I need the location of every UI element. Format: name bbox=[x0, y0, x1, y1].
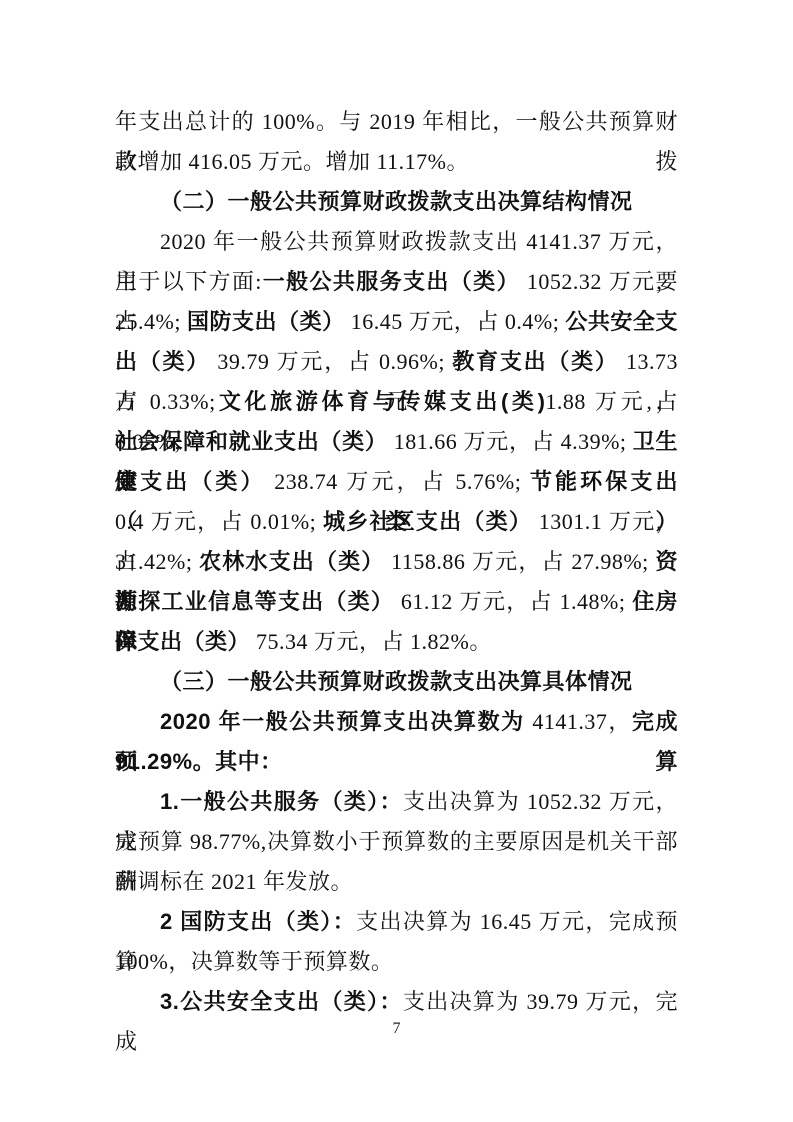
text-line: 31.42%; 农林水支出（类） 1158.86 万元，占 27.98%; 资源 bbox=[115, 542, 678, 582]
bold-text-run: 一般公共服务支出（类） bbox=[262, 269, 520, 294]
bold-text-run: 91.29%。其中： bbox=[115, 749, 283, 774]
text-run: 75.34 万元，占 1.82%。 bbox=[250, 629, 492, 654]
text-run: 酬调标在 2021 年发放。 bbox=[115, 869, 353, 894]
bold-text-run: 勘探工业信息等支出（类） bbox=[115, 589, 394, 614]
bold-text-run: 康支出（类） bbox=[115, 469, 266, 494]
text-line: 100%，决算数等于预算数。 bbox=[115, 942, 678, 982]
heading-line: （二）一般公共预算财政拨款支出决算结构情况 bbox=[115, 182, 678, 222]
paragraph-item-2-national-defense: 2 国防支出（类）：支出决算为 16.45 万元，完成预算100%，决算数等于预… bbox=[115, 902, 678, 982]
bold-text-run: 2020 年一般公共预算支出决算数为 bbox=[160, 709, 532, 734]
bold-text-run: 社会保障和就业支出（类） bbox=[115, 429, 388, 454]
bold-text-run: 教育支出（类） bbox=[452, 349, 618, 374]
bold-text-run: （二）一般公共预算财政拨款支出决算结构情况 bbox=[160, 189, 633, 214]
document-page: 年支出总计的 100%。与 2019 年相比，一般公共预算财政拨款增加 416.… bbox=[0, 0, 793, 1122]
text-line: 酬调标在 2021 年发放。 bbox=[115, 862, 678, 902]
text-run: 款增加 416.05 万元。增加 11.17%。 bbox=[115, 149, 469, 174]
text-line: 2 国防支出（类）：支出决算为 16.45 万元，完成预算 bbox=[115, 902, 678, 942]
section-heading-2-structure: （二）一般公共预算财政拨款支出决算结构情况 bbox=[115, 182, 678, 222]
paragraph-expenditure-structure: 2020 年一般公共预算财政拨款支出 4141.37 万元，主要用于以下方面:一… bbox=[115, 222, 678, 662]
paragraph-continuation-total-expenditure: 年支出总计的 100%。与 2019 年相比，一般公共预算财政拨款增加 416.… bbox=[115, 102, 678, 182]
text-run: 181.66 万元，占 4.39%; bbox=[388, 429, 633, 454]
heading-line: （三）一般公共预算财政拨款支出决算具体情况 bbox=[115, 662, 678, 702]
text-line: 社会保障和就业支出（类） 181.66 万元，占 4.39%; 卫生健 bbox=[115, 422, 678, 462]
text-line: 出（类） 39.79 万元，占 0.96%; 教育支出（类） 13.73 万元， bbox=[115, 342, 678, 382]
text-run: 1158.86 万元，占 27.98%; bbox=[384, 549, 655, 574]
document-body: 年支出总计的 100%。与 2019 年相比，一般公共预算财政拨款增加 416.… bbox=[115, 102, 678, 1022]
text-run: 31.42%; bbox=[115, 549, 199, 574]
text-line: 勘探工业信息等支出（类） 61.12 万元，占 1.48%; 住房保 bbox=[115, 582, 678, 622]
text-run: 0.4 万元，占 0.01%; bbox=[115, 509, 323, 534]
text-run: 61.12 万元，占 1.48%; bbox=[394, 589, 632, 614]
text-line: 成预算 98.77%,决算数小于预算数的主要原因是机关干部薪 bbox=[115, 822, 678, 862]
page-number: 7 bbox=[0, 1020, 793, 1038]
bold-text-run: 城乡社区支出（类） bbox=[323, 509, 532, 534]
text-line: 康支出（类） 238.74 万元，占 5.76%; 节能环保支出（类） bbox=[115, 462, 678, 502]
text-line: 3.公共安全支出（类）：支出决算为 39.79 万元，完成 bbox=[115, 982, 678, 1022]
bold-text-run: 3.公共安全支出（类）： bbox=[160, 989, 403, 1014]
paragraph-budget-completion: 2020 年一般公共预算支出决算数为 4141.37，完成预算91.29%。其中… bbox=[115, 702, 678, 782]
text-line: 2020 年一般公共预算支出决算数为 4141.37，完成预算 bbox=[115, 702, 678, 742]
bold-text-run: 出（类） bbox=[115, 349, 210, 374]
text-run: 用于以下方面: bbox=[115, 269, 262, 294]
bold-text-run: 2 国防支出（类）： bbox=[160, 909, 356, 934]
bold-text-run: 国防支出（类） bbox=[187, 309, 345, 334]
bold-text-run: 农林水支出（类） bbox=[199, 549, 384, 574]
bold-text-run: 障支出（类） bbox=[115, 629, 250, 654]
text-line: 用于以下方面:一般公共服务支出（类） 1052.32 万元，占 bbox=[115, 262, 678, 302]
text-run: 占 0.33%; bbox=[115, 389, 216, 414]
text-line: 25.4%; 国防支出（类） 16.45 万元，占 0.4%; 公共安全支 bbox=[115, 302, 678, 342]
paragraph-item-3-public-security: 3.公共安全支出（类）：支出决算为 39.79 万元，完成 bbox=[115, 982, 678, 1022]
text-line: 1.一般公共服务（类）：支出决算为 1052.32 万元，完 bbox=[115, 782, 678, 822]
text-line: 障支出（类） 75.34 万元，占 1.82%。 bbox=[115, 622, 678, 662]
text-line: 2020 年一般公共预算财政拨款支出 4141.37 万元，主要 bbox=[115, 222, 678, 262]
text-run: 39.79 万元，占 0.96%; bbox=[210, 349, 452, 374]
bold-text-run: 文化旅游体育与传媒支出(类) bbox=[216, 389, 546, 414]
text-run: 238.74 万元，占 5.76%; bbox=[266, 469, 530, 494]
text-run: 100%，决算数等于预算数。 bbox=[115, 949, 393, 974]
text-run: 4141.37， bbox=[532, 709, 632, 734]
text-line: 年支出总计的 100%。与 2019 年相比，一般公共预算财政拨 bbox=[115, 102, 678, 142]
bold-text-run: （三）一般公共预算财政拨款支出决算具体情况 bbox=[160, 669, 633, 694]
text-run: 25.4%; bbox=[115, 309, 187, 334]
paragraph-item-1-general-public-services: 1.一般公共服务（类）：支出决算为 1052.32 万元，完成预算 98.77%… bbox=[115, 782, 678, 902]
text-line: 0.4 万元，占 0.01%; 城乡社区支出（类） 1301.1 万元，占 bbox=[115, 502, 678, 542]
bold-text-run: 1.一般公共服务（类）： bbox=[160, 789, 403, 814]
section-heading-3-details: （三）一般公共预算财政拨款支出决算具体情况 bbox=[115, 662, 678, 702]
text-line: 占 0.33%;文化旅游体育与传媒支出(类)1.88 万元,占 0.05%; bbox=[115, 382, 678, 422]
bold-text-run: 公共安全支 bbox=[565, 309, 678, 334]
text-run: 16.45 万元，占 0.4%; bbox=[345, 309, 566, 334]
